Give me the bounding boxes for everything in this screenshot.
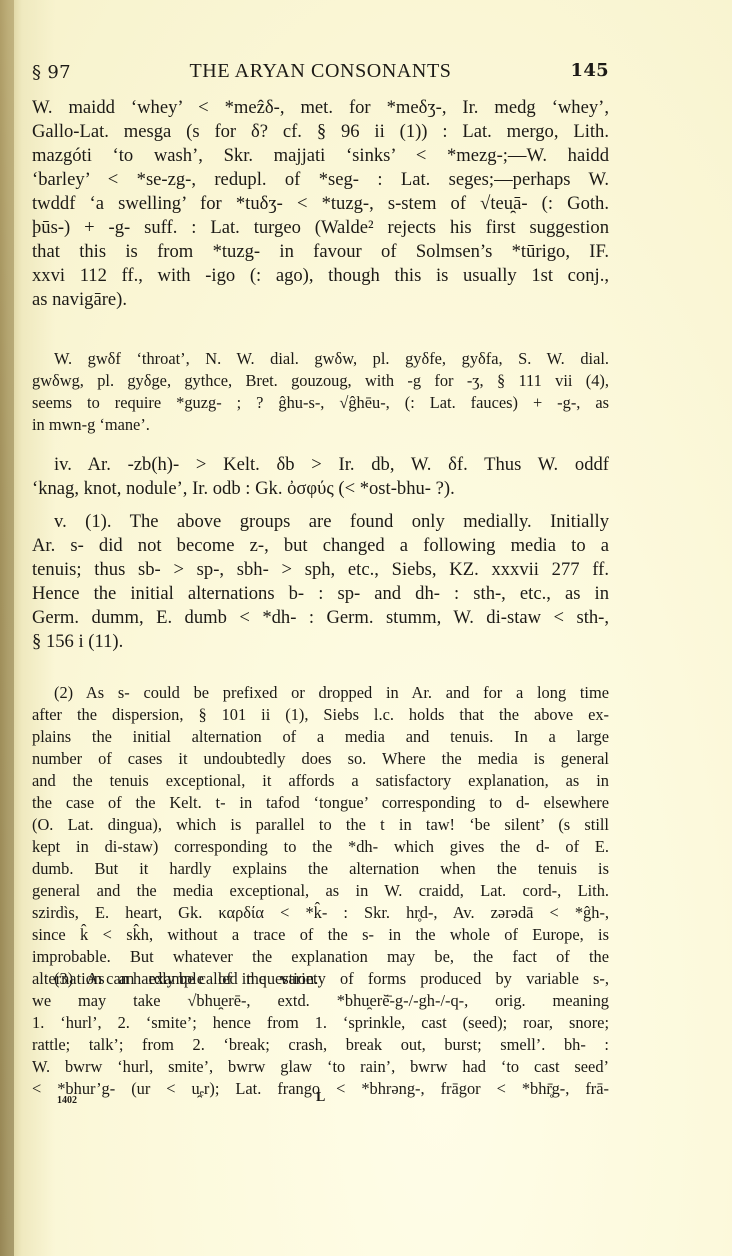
- paragraph-section-iv: iv. Ar. -zb(h)- > Kelt. δb > Ir. db, W. …: [32, 453, 609, 501]
- text-line: the case of the Kelt. t- in tafod ‘tongu…: [32, 792, 609, 814]
- printer-signature: 1402: [57, 1095, 77, 1106]
- page-number: 145: [571, 60, 609, 81]
- text-line: Germ. dumm, E. dumb < *dh- : Germ. stumm…: [32, 606, 609, 630]
- text-line: that this is from *tuzg- in favour of So…: [32, 240, 609, 264]
- text-line: gwδwg, pl. gyδge, gythce, Bret. gouzoug,…: [32, 370, 609, 392]
- text-line: in mwn-g ‘mane’.: [32, 414, 609, 436]
- text-line: § 156 i (11).: [32, 630, 609, 654]
- paragraph-welsh-maidd: W. maidd ‘whey’ < *meẑδ-, met. for *meδʒ…: [32, 96, 609, 312]
- text-line: we may take √bhu̯erē-, extd. *bhu̯erĕ̄-g…: [32, 990, 609, 1012]
- page-title: THE ARYAN CONSONANTS: [32, 60, 609, 83]
- text-line: szirdìs, E. heart, Gk. καρδία < *k̂- : S…: [32, 902, 609, 924]
- paragraph-section-v-3: (3) As an example of the variety of form…: [32, 968, 609, 1100]
- text-line: as navigāre).: [32, 288, 609, 312]
- text-line: improbable. But whatever the explanation…: [32, 946, 609, 968]
- text-line: W. gwδf ‘throat’, N. W. dial. gwδw, pl. …: [32, 348, 609, 370]
- text-line: since k̂ < sk̂h, without a trace of the …: [32, 924, 609, 946]
- text-line: ‘barley’ < *se-zg-, redupl. of *seg- : L…: [32, 168, 609, 192]
- text-line: rattle; talk’; from 2. ‘break; crash, br…: [32, 1034, 609, 1056]
- text-line: ‘knag, knot, nodule’, Ir. odb : Gk. ὀσφύ…: [32, 477, 609, 501]
- paragraph-section-v-2: (2) As s- could be prefixed or dropped i…: [32, 682, 609, 990]
- page-footer: 1402 L: [32, 1090, 609, 1110]
- text-line: Gallo-Lat. mesga (s for δ? cf. § 96 ii (…: [32, 120, 609, 144]
- text-line: iv. Ar. -zb(h)- > Kelt. δb > Ir. db, W. …: [32, 453, 609, 477]
- text-line: after the dispersion, § 101 ii (1), Sieb…: [32, 704, 609, 726]
- running-head: § 97 THE ARYAN CONSONANTS 145: [32, 60, 609, 84]
- text-line: v. (1). The above groups are found only …: [32, 510, 609, 534]
- text-line: plains the initial alternation of a medi…: [32, 726, 609, 748]
- text-line: number of cases it undoubtedly does so. …: [32, 748, 609, 770]
- text-line: tenuis; thus sb- > sp-, sbh- > sph, etc.…: [32, 558, 609, 582]
- text-line: dumb. But it hardly explains the alterna…: [32, 858, 609, 880]
- text-line: (O. Lat. dingua), which is parallel to t…: [32, 814, 609, 836]
- paragraph-section-v-1: v. (1). The above groups are found only …: [32, 510, 609, 654]
- signature-letter: L: [316, 1090, 325, 1106]
- text-line: W. maidd ‘whey’ < *meẑδ-, met. for *meδʒ…: [32, 96, 609, 120]
- text-line: general and the media exceptional, as in…: [32, 880, 609, 902]
- text-line: W. bwrw ‘hurl, smite’, bwrw glaw ‘to rai…: [32, 1056, 609, 1078]
- text-line: (3) As an example of the variety of form…: [32, 968, 609, 990]
- text-line: and the tenuis exceptional, it affords a…: [32, 770, 609, 792]
- text-line: twddf ‘a swelling’ for *tuδʒ- < *tuzg-, …: [32, 192, 609, 216]
- text-line: Ar. s- did not become z-, but changed a …: [32, 534, 609, 558]
- text-line: (2) As s- could be prefixed or dropped i…: [32, 682, 609, 704]
- text-line: þūs-) + -g- suff. : Lat. turgeo (Walde² …: [32, 216, 609, 240]
- paragraph-gwdf-note: W. gwδf ‘throat’, N. W. dial. gwδw, pl. …: [32, 348, 609, 436]
- text-line: xxvi 112 ff., with -igo (: ago), though …: [32, 264, 609, 288]
- text-line: kept in di-staw) corresponding to the *d…: [32, 836, 609, 858]
- text-line: Hence the initial alternations b- : sp- …: [32, 582, 609, 606]
- text-line: 1. ‘hurl’, 2. ‘smite’; hence from 1. ‘sp…: [32, 1012, 609, 1034]
- text-line: mazgóti ‘to wash’, Skr. majjati ‘sinks’ …: [32, 144, 609, 168]
- text-line: seems to require *guzg- ; ? ĝhu-s-, √ĝhē…: [32, 392, 609, 414]
